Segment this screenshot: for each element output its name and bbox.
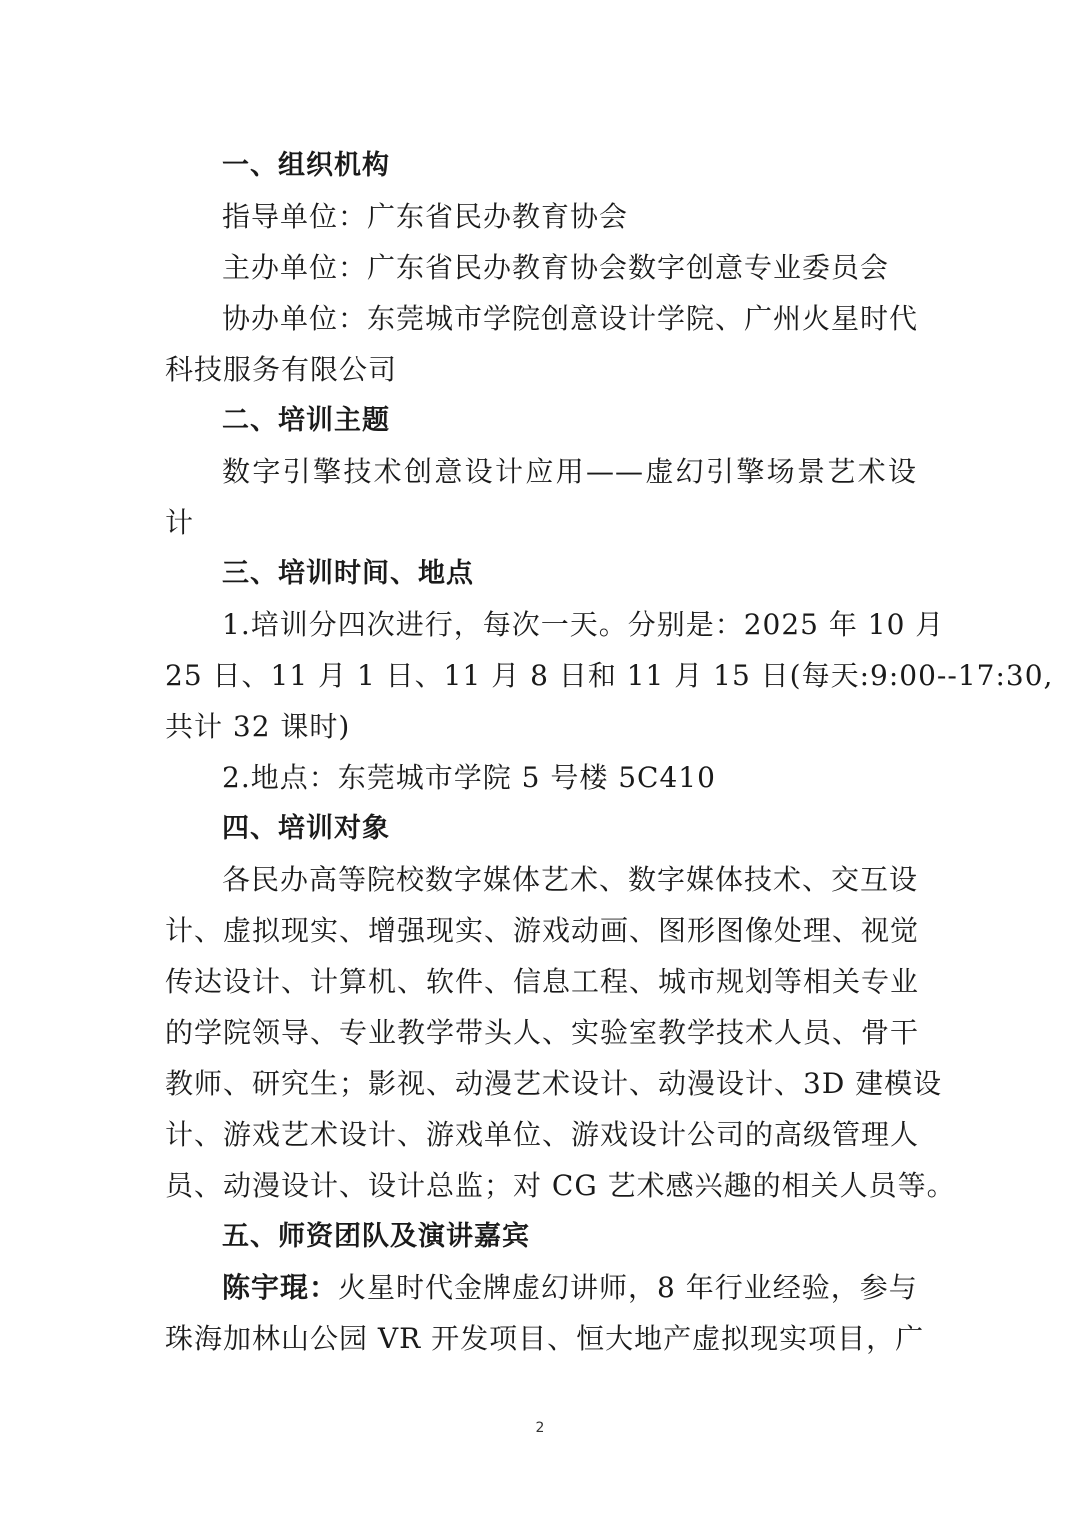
audience-line: 教师、研究生；影视、动漫艺术设计、动漫设计、3D 建模设	[165, 1058, 917, 1109]
host-unit-line: 主办单位：广东省民办教育协会数字创意专业委员会	[165, 242, 917, 293]
section-heading-organization: 一、组织机构	[165, 140, 917, 191]
audience-line: 计、虚拟现实、增强现实、游戏动画、图形图像处理、视觉	[165, 905, 917, 956]
section-heading-theme: 二、培训主题	[165, 395, 917, 446]
audience-line: 计、游戏艺术设计、游戏单位、游戏设计公司的高级管理人	[165, 1109, 917, 1160]
schedule-line-3: 共计 32 课时)	[165, 701, 917, 752]
audience-line: 的学院领导、专业教学带头人、实验室教学技术人员、骨干	[165, 1007, 917, 1058]
page-number: 2	[0, 1420, 1080, 1436]
co-organizer-line-2: 科技服务有限公司	[165, 344, 917, 395]
theme-line-2: 计	[165, 497, 917, 548]
location-line: 2.地点：东莞城市学院 5 号楼 5C410	[165, 752, 917, 803]
audience-line: 传达设计、计算机、软件、信息工程、城市规划等相关专业	[165, 956, 917, 1007]
speaker-line-1: 陈宇琨：火星时代金牌虚幻讲师，8 年行业经验，参与	[165, 1262, 917, 1313]
audience-line: 各民办高等院校数字媒体艺术、数字媒体技术、交互设	[165, 854, 917, 905]
schedule-line-1: 1.培训分四次进行，每次一天。分别是：2025 年 10 月	[165, 599, 917, 650]
section-heading-audience: 四、培训对象	[165, 803, 917, 854]
speaker-bio-start: 火星时代金牌虚幻讲师，8 年行业经验，参与	[338, 1271, 918, 1304]
section-heading-faculty: 五、师资团队及演讲嘉宾	[165, 1211, 917, 1262]
section-heading-time-place: 三、培训时间、地点	[165, 548, 917, 599]
theme-line-1: 数字引擎技术创意设计应用——虚幻引擎场景艺术设	[165, 446, 917, 497]
speaker-name: 陈宇琨：	[222, 1271, 338, 1304]
guide-unit-line: 指导单位：广东省民办教育协会	[165, 191, 917, 242]
co-organizer-line-1: 协办单位：东莞城市学院创意设计学院、广州火星时代	[165, 293, 917, 344]
document-page: 一、组织机构 指导单位：广东省民办教育协会 主办单位：广东省民办教育协会数字创意…	[165, 140, 917, 1364]
schedule-line-2: 25 日、11 月 1 日、11 月 8 日和 11 月 15 日(每天:9:0…	[165, 650, 917, 701]
speaker-line-2: 珠海加林山公园 VR 开发项目、恒大地产虚拟现实项目，广	[165, 1313, 917, 1364]
audience-line: 员、动漫设计、设计总监；对 CG 艺术感兴趣的相关人员等。	[165, 1160, 917, 1211]
